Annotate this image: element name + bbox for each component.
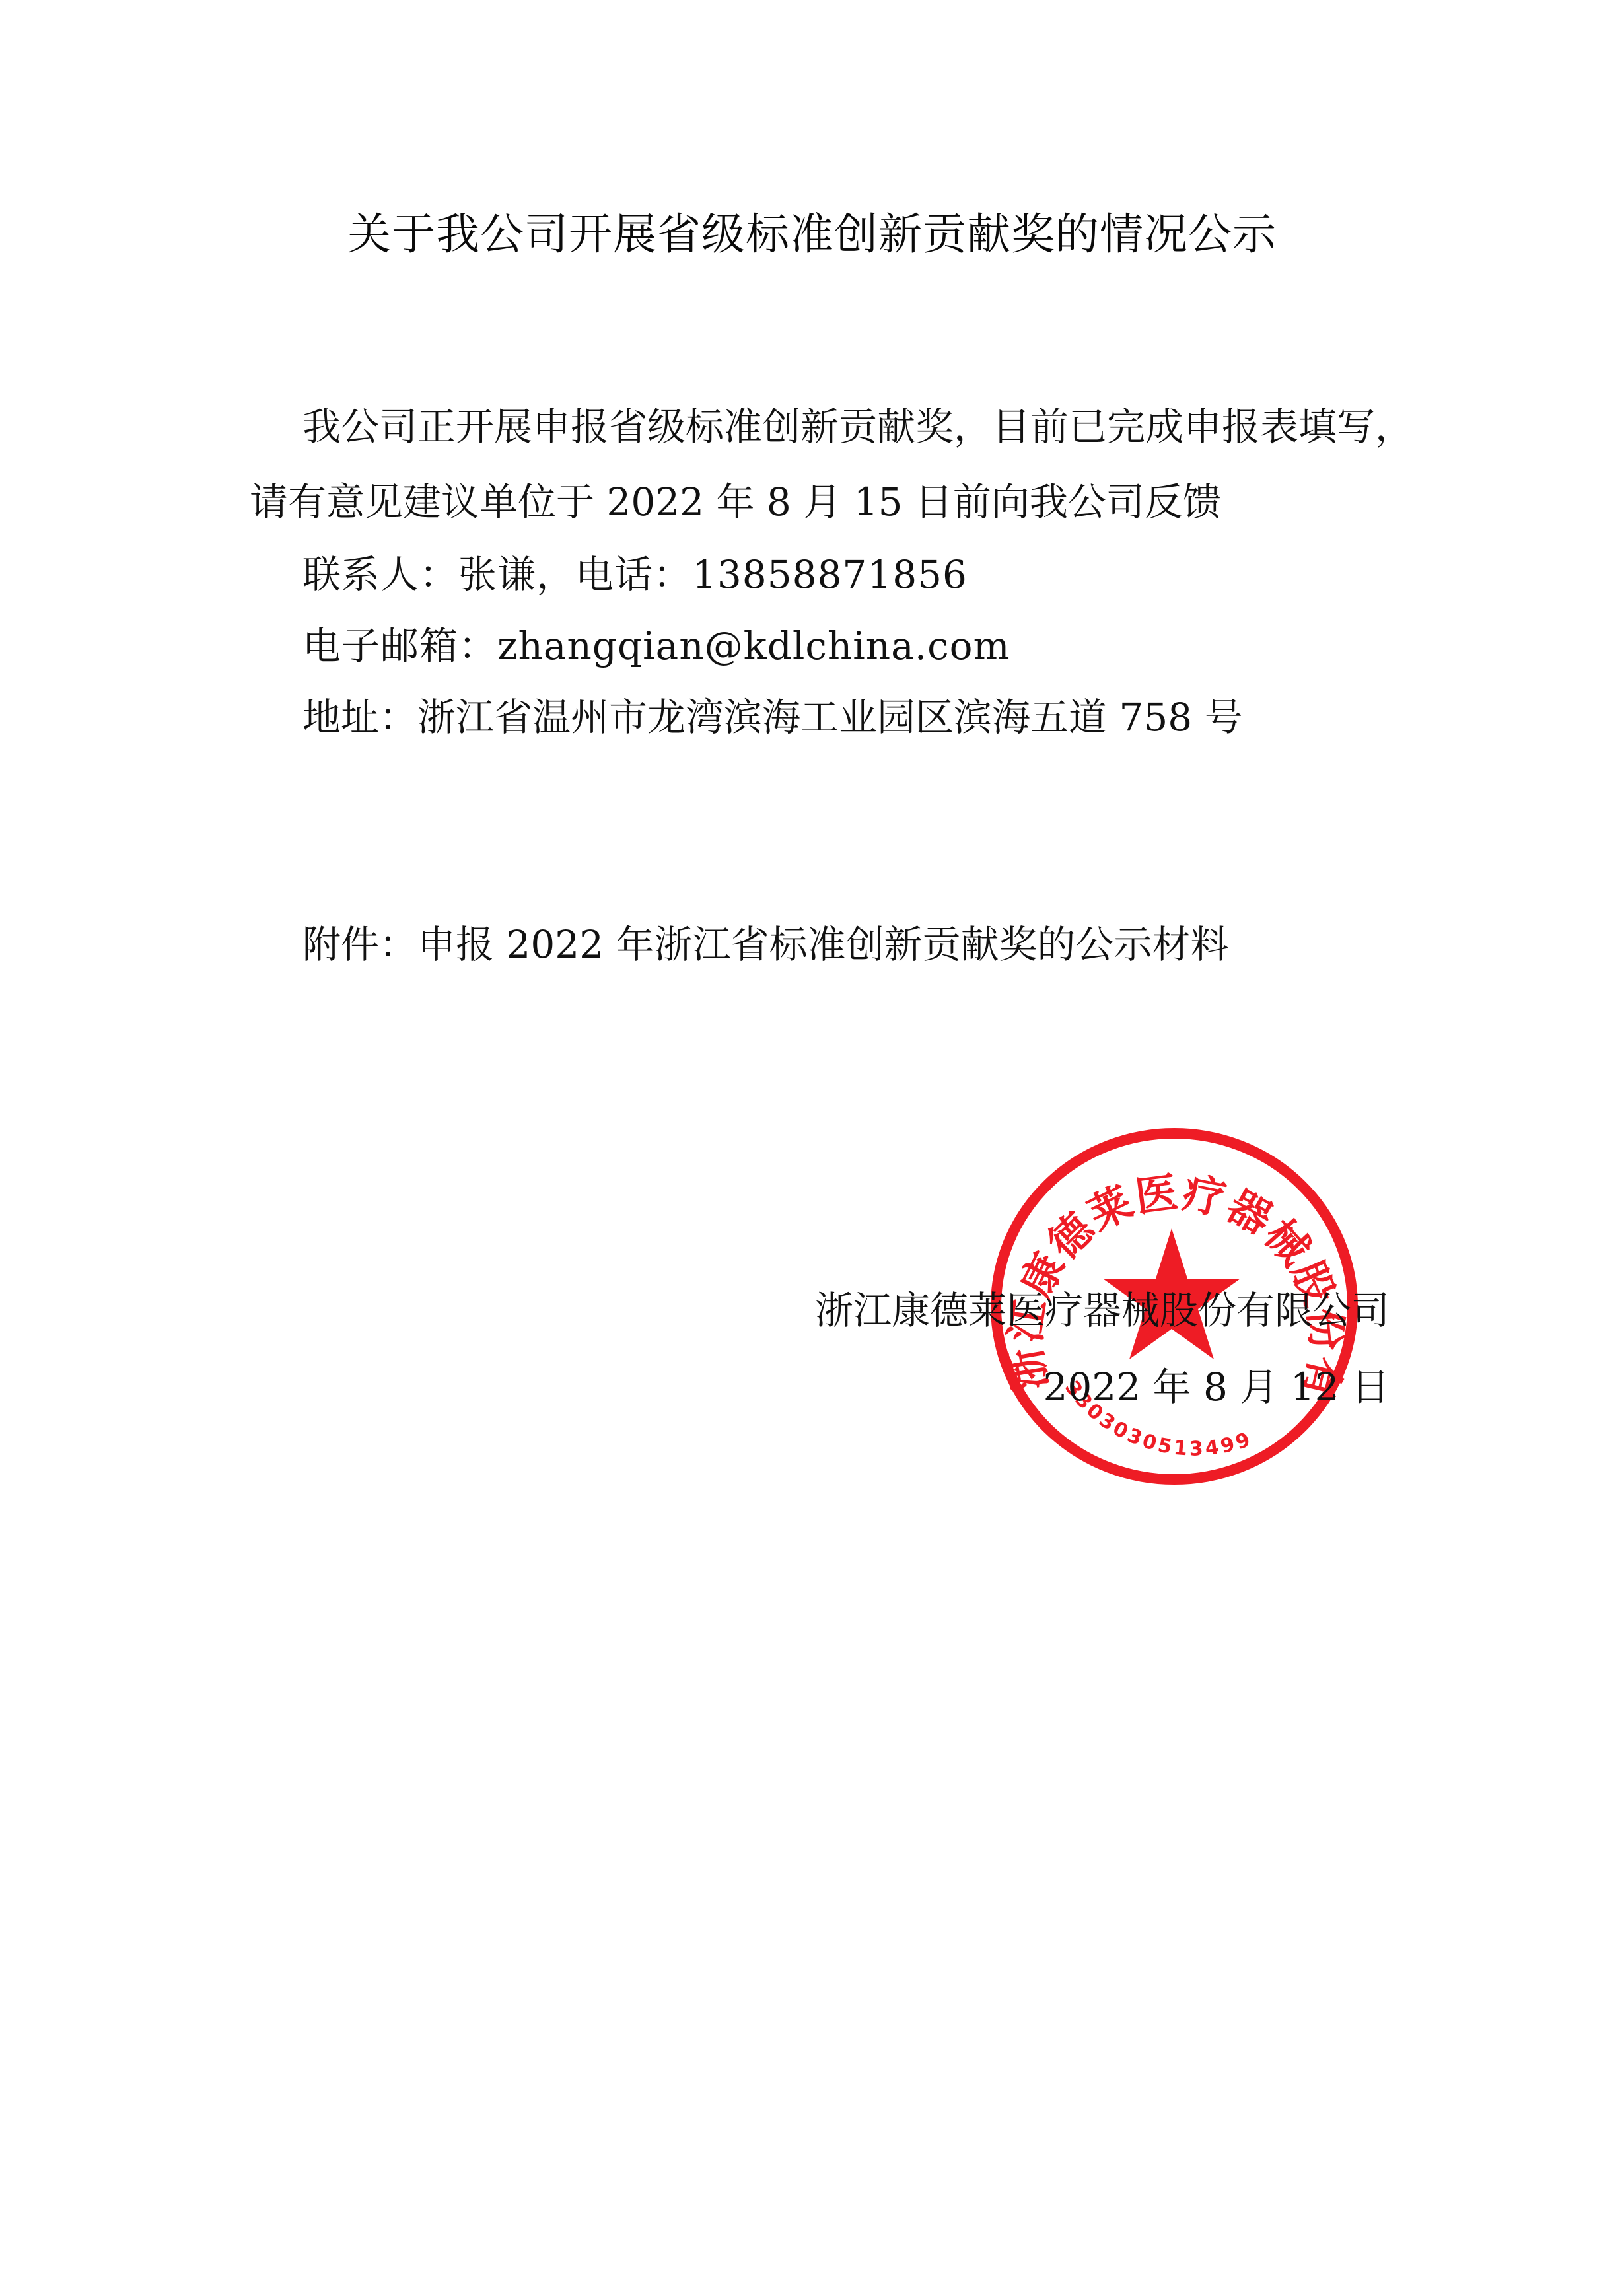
contact-person-line: 联系人：张谦，电话：13858871856	[302, 548, 968, 601]
contact-email-line: 电子邮箱：zhangqian@kdlchina.com	[302, 620, 1010, 672]
signature-company: 浙江康德莱医疗器械股份有限公司	[815, 1284, 1390, 1337]
body-line-1: 我公司正开展申报省级标准创新贡献奖，目前已完成申报表填写，	[302, 400, 1413, 453]
signature-date: 2022 年 8 月 12 日	[1043, 1361, 1390, 1413]
attachment-line: 附件：申报 2022 年浙江省标准创新贡献奖的公示材料	[302, 918, 1228, 971]
body-line-2: 请有意见建议单位于 2022 年 8 月 15 日前向我公司反馈	[250, 476, 1221, 528]
contact-address-line: 地址：浙江省温州市龙湾滨海工业园区滨海五道 758 号	[302, 691, 1243, 744]
page-title: 关于我公司开展省级标准创新贡献奖的情况公示	[0, 198, 1624, 271]
